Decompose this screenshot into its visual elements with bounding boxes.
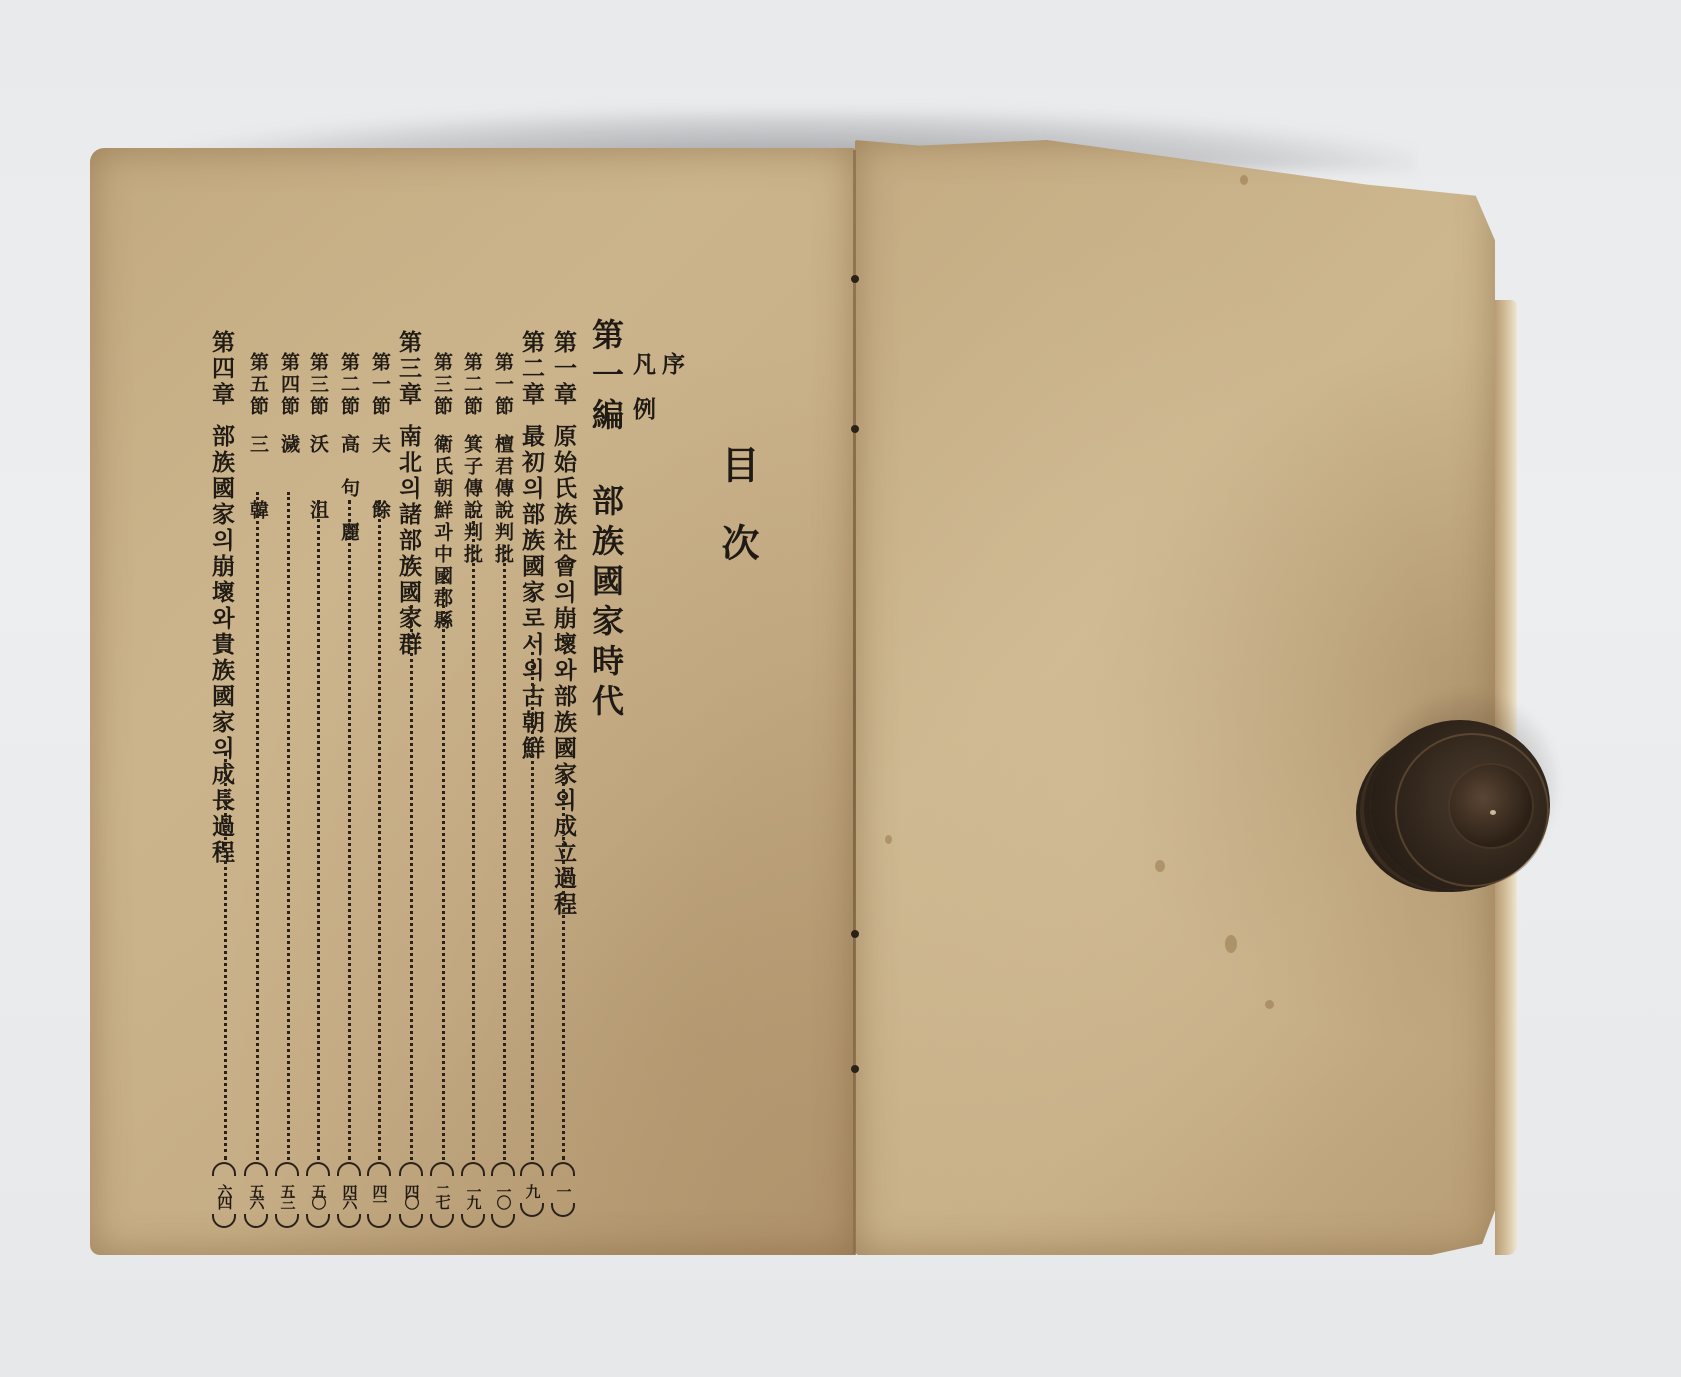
dot-leader — [256, 492, 259, 1160]
binding-stitch — [851, 1065, 859, 1073]
stain-spot — [1240, 175, 1248, 185]
entry-label: 第三節 — [431, 352, 453, 418]
entry-text: 南北의諸部族國家群 — [395, 424, 422, 658]
dot-leader — [442, 575, 445, 1160]
page-number: 九 — [519, 1162, 545, 1217]
page-number: 一九 — [460, 1162, 486, 1228]
binding-stitch — [851, 275, 859, 283]
page-number: 四六 — [336, 1162, 362, 1228]
dot-leader — [378, 500, 381, 1160]
entry-label: 第二章 — [518, 330, 545, 408]
toc-part-heading: 第一編 部族國家時代 — [590, 318, 622, 724]
toc-entry-sec3-3[interactable]: 第三節 沃 沮 — [308, 352, 327, 522]
binding-stitch — [851, 425, 859, 433]
stain-spot — [1265, 1000, 1274, 1009]
stain-spot — [1225, 935, 1237, 953]
dot-leader — [410, 605, 413, 1160]
dot-leader — [348, 500, 351, 1160]
stain-spot — [1155, 860, 1165, 872]
toc-title: 目次 — [718, 445, 756, 601]
toc-preface: 序 — [660, 352, 683, 378]
entry-label: 第三章 — [395, 330, 422, 408]
paperweight-knob — [1450, 765, 1532, 847]
toc-notes: 凡例 — [631, 352, 654, 442]
dot-leader — [317, 500, 320, 1160]
entry-label: 第一節 — [492, 352, 514, 418]
toc-entry-sec3-4[interactable]: 第四節 濊 — [279, 352, 298, 456]
page-number: 四一 — [366, 1162, 392, 1228]
binding-stitch — [851, 930, 859, 938]
page-number: 二七 — [429, 1162, 455, 1228]
toc-entry-sec1[interactable]: 第一節 檀君傳說判批 — [493, 352, 512, 566]
dot-leader — [287, 492, 290, 1160]
page-number: 五六 — [243, 1162, 269, 1228]
dot-leader — [224, 752, 227, 1160]
page-number: 五三 — [274, 1162, 300, 1228]
entry-label: 第二節 — [461, 352, 483, 418]
entry-label: 第五節 — [247, 352, 269, 418]
toc-entry-ch3[interactable]: 第三章 南北의諸部族國家群 — [397, 330, 420, 658]
stain-spot — [885, 835, 892, 844]
page-number: 五〇 — [305, 1162, 331, 1228]
toc-entry-sec3-1[interactable]: 第一節 夫 餘 — [370, 352, 389, 522]
entry-text: 濊 — [278, 434, 300, 456]
page-number: 一〇 — [490, 1162, 516, 1228]
entry-label: 第一節 — [369, 352, 391, 418]
right-page — [855, 140, 1495, 1255]
entry-label: 第一章 — [550, 330, 577, 408]
book-spine — [853, 150, 856, 1255]
paperweight-glint — [1490, 810, 1496, 815]
dot-leader — [531, 652, 534, 1160]
dot-leader — [562, 770, 565, 1160]
page-number: 六四 — [211, 1162, 237, 1228]
entry-label: 第二節 — [338, 352, 360, 418]
entry-text: 部族國家의崩壞와貴族國家의成長過程 — [208, 424, 235, 866]
entry-label: 第三節 — [307, 352, 329, 418]
page-number: 一 — [550, 1162, 576, 1217]
entry-label: 第四章 — [208, 330, 235, 408]
dot-leader — [503, 545, 506, 1160]
entry-label: 第四節 — [278, 352, 300, 418]
dot-leader — [472, 515, 475, 1160]
page-number: 四〇 — [398, 1162, 424, 1228]
toc-entry-ch4[interactable]: 第四章 部族國家의崩壞와貴族國家의成長過程 — [210, 330, 233, 866]
